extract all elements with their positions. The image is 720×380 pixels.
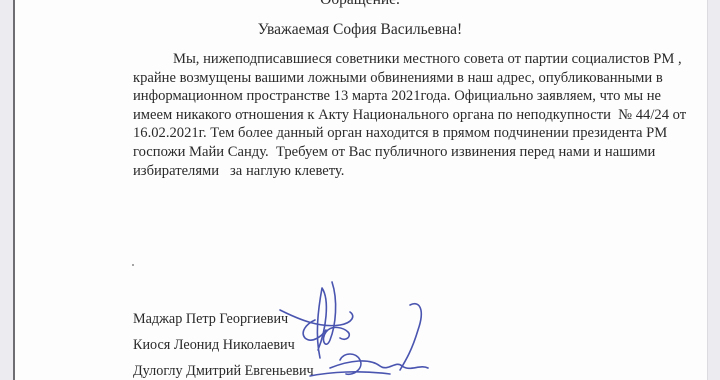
document-title: Обращение. [0,0,720,9]
body-line: Мы, нижеподписавшиеся советники местного… [133,50,653,69]
body-line: крайне возмущены вашими ложными обвинени… [133,69,653,88]
handwritten-signature-icon [260,280,450,380]
left-margin [0,0,14,380]
letter-body: Мы, нижеподписавшиеся советники местного… [133,50,653,180]
right-margin [707,0,720,380]
body-line: информационном пространстве 13 марта 202… [133,87,653,106]
body-line: 16.02.2021г. Тем более данный орган нахо… [133,124,653,143]
stray-mark [132,264,134,266]
body-line: имеем никакого отношения к Акту Национал… [133,106,653,125]
body-line: госпожи Майи Санду. Требуем от Вас публи… [133,143,653,162]
body-line: избирателями за наглую клевету. [133,162,653,181]
salutation: Уважаемая София Васильевна! [0,21,720,39]
